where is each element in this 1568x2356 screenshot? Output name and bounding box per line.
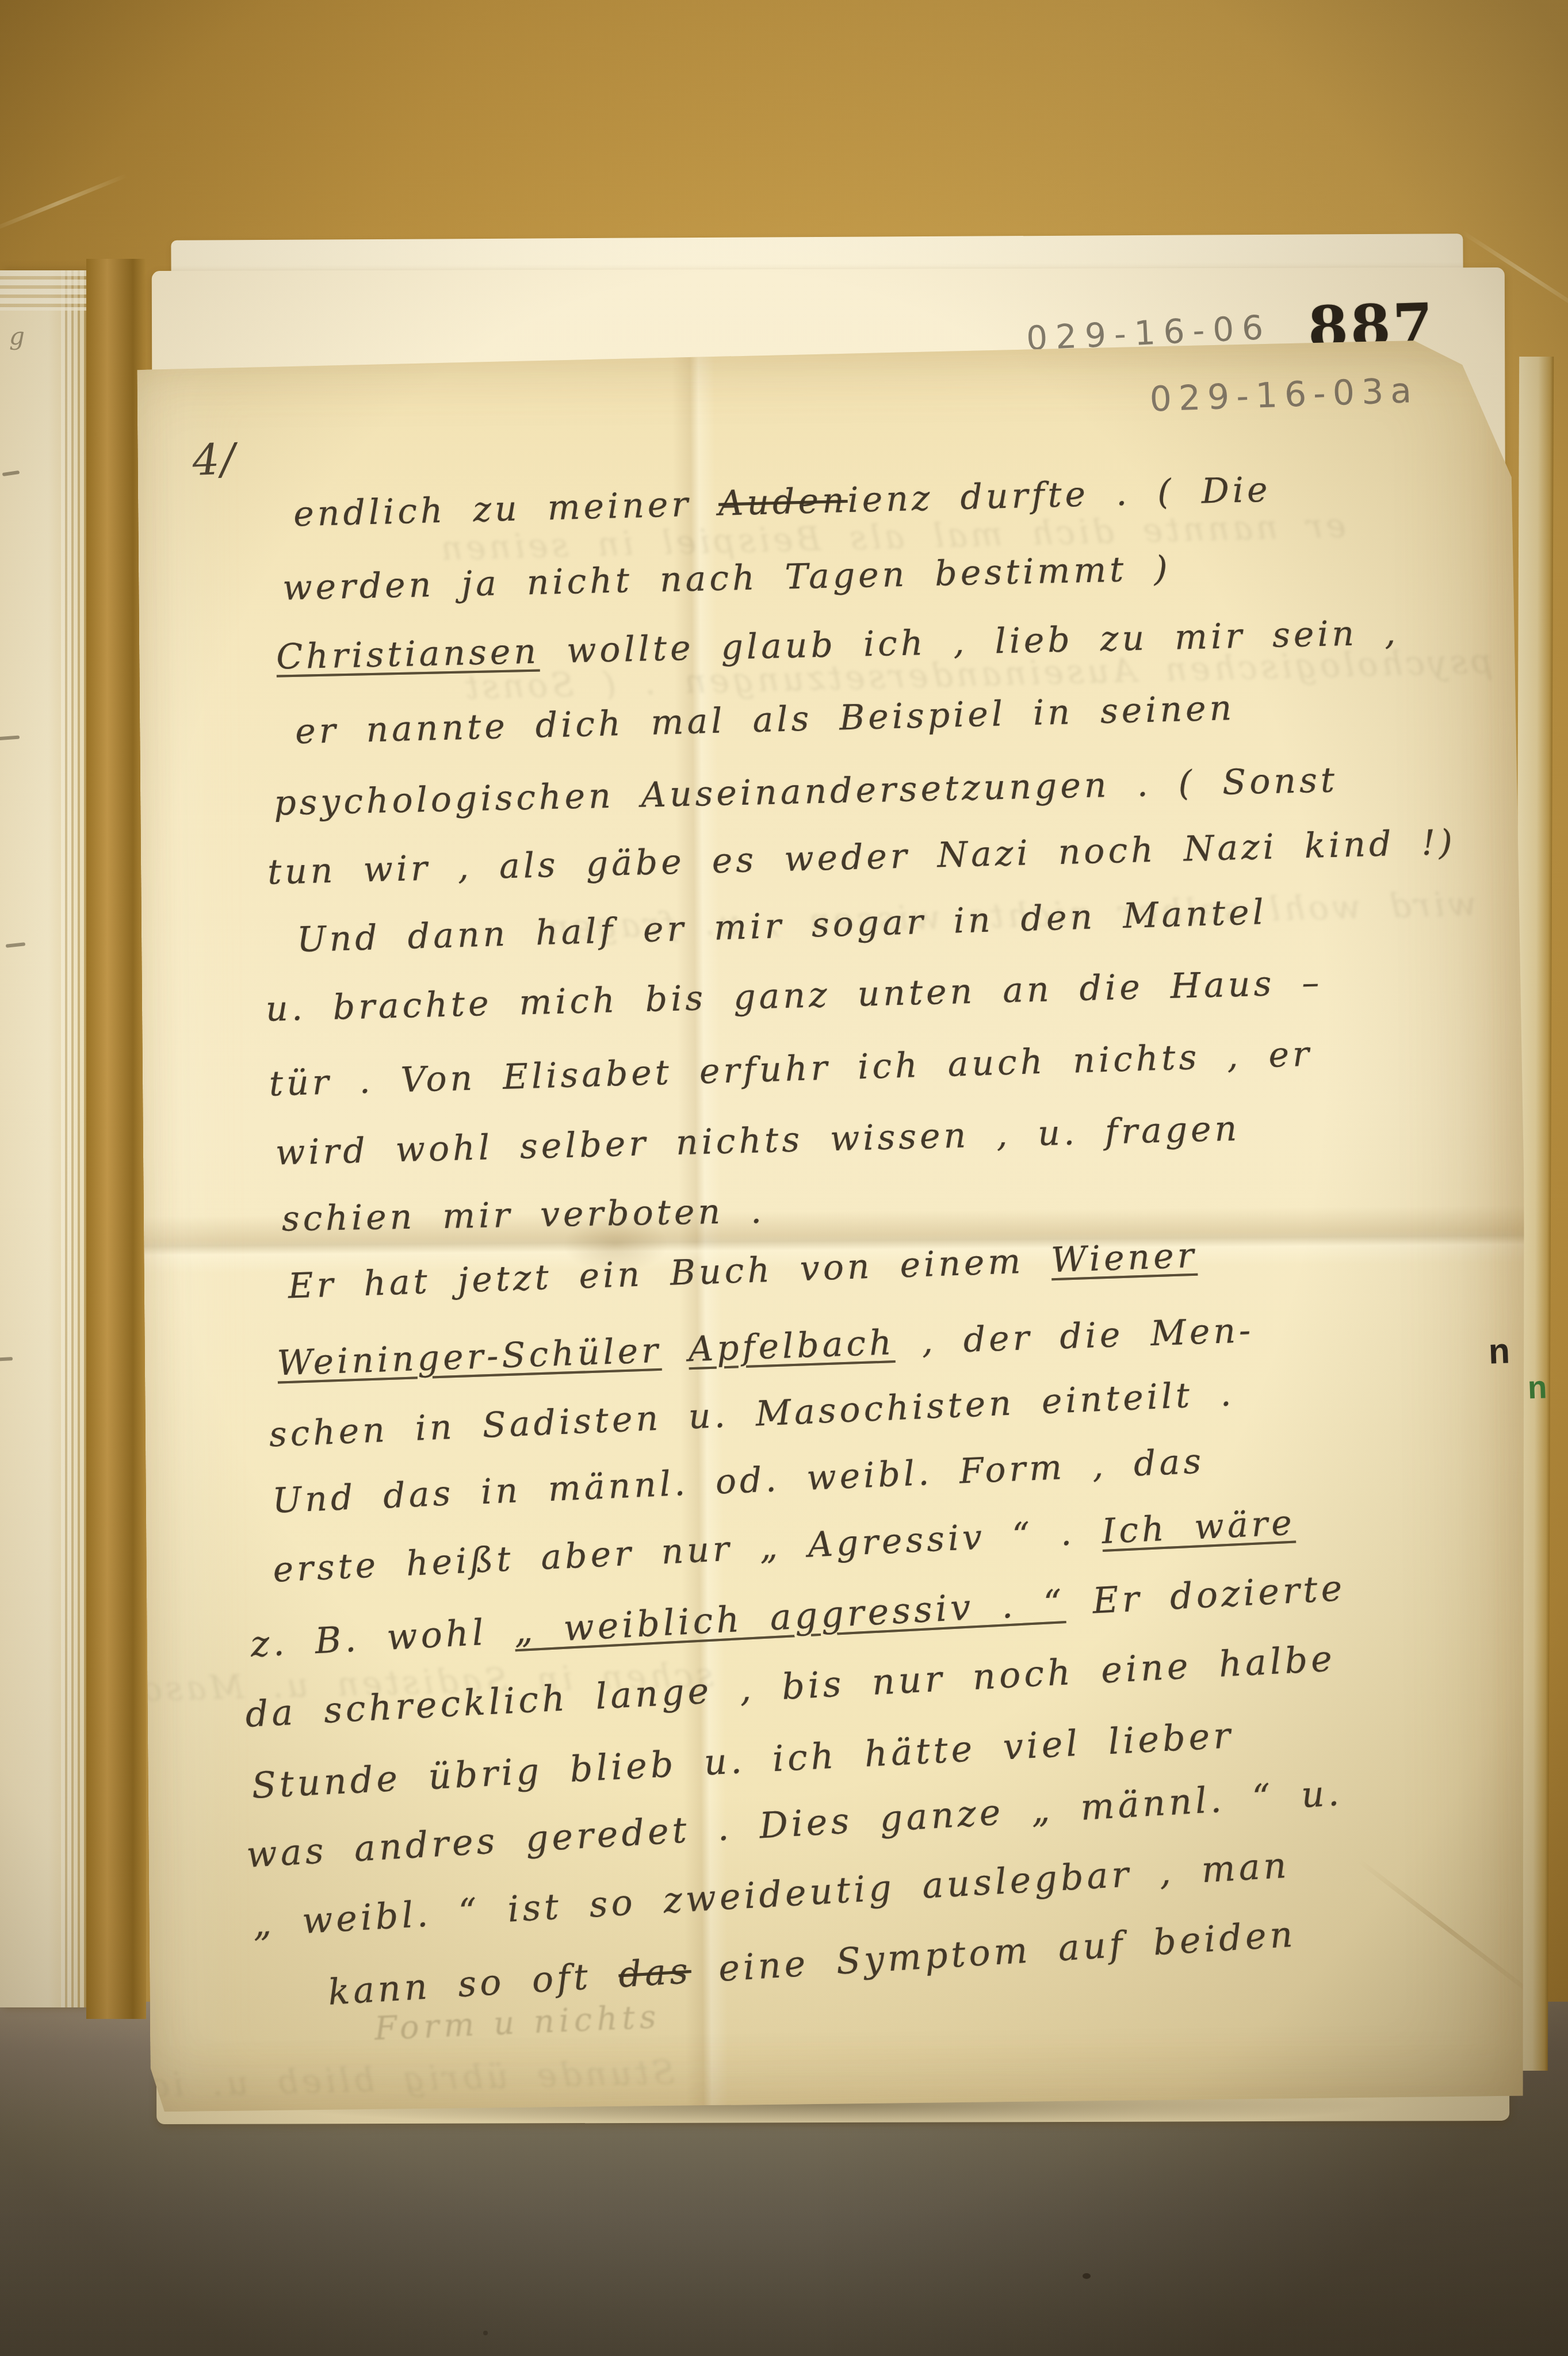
pencil-dash (0, 736, 20, 741)
dust-speck (483, 2331, 488, 2335)
handwritten-letter-sheet: psychologischen Auseinandersetzungen . (… (137, 340, 1531, 2112)
pencil-dash (2, 471, 20, 476)
paper-shading (137, 340, 1531, 2112)
pencil-dash (0, 1357, 13, 1361)
pencil-squiggle: g (9, 322, 25, 350)
cardboard-fold-line-left (0, 174, 128, 234)
left-paper-pile: g (0, 270, 87, 2007)
pile-sheet-edges (61, 270, 87, 2007)
typed-letter-green: n (1527, 1371, 1548, 1408)
cardboard-slot (86, 259, 146, 2019)
dust-speck (1083, 2273, 1091, 2279)
typed-letter-black: n (1488, 1333, 1511, 1374)
pencil-dash (6, 942, 25, 948)
pile-top-edges (0, 270, 86, 311)
archive-photo: g 17 7 ·— 029-16-06 887 psychologischen … (0, 0, 1568, 2356)
